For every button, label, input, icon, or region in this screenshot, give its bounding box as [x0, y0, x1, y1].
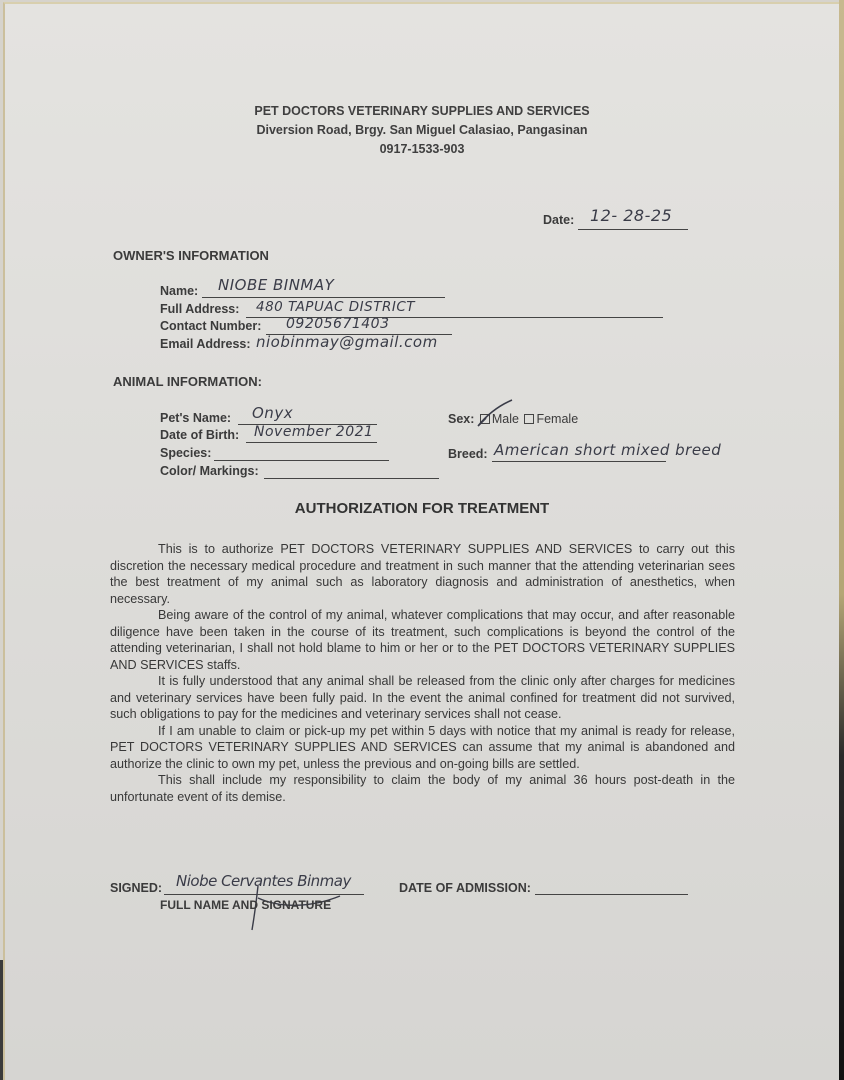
signed-label: SIGNED:	[110, 881, 162, 895]
owner-name-value[interactable]: NIOBE BINMAY	[218, 276, 334, 294]
owner-address-label: Full Address:	[160, 302, 239, 316]
pet-name-value[interactable]: Onyx	[252, 404, 293, 422]
female-checkbox[interactable]	[524, 414, 534, 424]
owner-name-line	[202, 297, 445, 298]
species-line	[214, 460, 389, 461]
owner-contact-value[interactable]: 09205671403	[286, 316, 389, 332]
authorization-body: This is to authorize PET DOCTORS VETERIN…	[110, 541, 735, 805]
color-label: Color/ Markings:	[160, 464, 259, 478]
authorization-paragraph: It is fully understood that any animal s…	[110, 673, 735, 723]
breed-line	[492, 461, 666, 462]
breed-value[interactable]: American short mixed breed	[494, 441, 721, 459]
owner-email-value[interactable]: niobinmay@gmail.com	[256, 333, 438, 351]
date-label: Date:	[543, 213, 574, 227]
dob-line	[246, 442, 377, 443]
sex-label: Sex:	[448, 412, 474, 426]
color-line	[264, 478, 439, 479]
owner-contact-label: Contact Number:	[160, 319, 261, 333]
dob-value[interactable]: November 2021	[254, 424, 373, 440]
date-value[interactable]: 12- 28-25	[590, 206, 672, 225]
authorization-paragraph: This is to authorize PET DOCTORS VETERIN…	[110, 541, 735, 607]
business-name: PET DOCTORS VETERINARY SUPPLIES AND SERV…	[0, 104, 844, 118]
business-address: Diversion Road, Brgy. San Miguel Calasia…	[0, 123, 844, 137]
animal-section-title: ANIMAL INFORMATION:	[113, 374, 262, 389]
owner-address-value[interactable]: 480 TAPUAC DISTRICT	[256, 299, 415, 315]
breed-label: Breed:	[448, 447, 488, 461]
admission-date-line	[535, 894, 688, 895]
admission-date-label: DATE OF ADMISSION:	[399, 881, 531, 895]
dob-label: Date of Birth:	[160, 428, 239, 442]
authorization-paragraph: This shall include my responsibility to …	[110, 772, 735, 805]
business-phone: 0917-1533-903	[0, 142, 844, 156]
owner-email-label: Email Address:	[160, 337, 251, 351]
authorization-paragraph: If I am unable to claim or pick-up my pe…	[110, 723, 735, 773]
male-check-mark-icon	[476, 398, 516, 430]
owner-section-title: OWNER'S INFORMATION	[113, 248, 269, 263]
page-edge	[839, 0, 844, 1080]
authorization-paragraph: Being aware of the control of my animal,…	[110, 607, 735, 673]
date-line	[578, 229, 688, 230]
female-option-label: Female	[536, 412, 578, 426]
authorization-title: AUTHORIZATION FOR TREATMENT	[0, 500, 844, 517]
page-edge-shadow	[0, 960, 3, 1080]
species-label: Species:	[160, 446, 211, 460]
pet-name-label: Pet's Name:	[160, 411, 231, 425]
signature-caption: FULL NAME AND SIGNATURE	[160, 898, 331, 912]
owner-name-label: Name:	[160, 284, 198, 298]
